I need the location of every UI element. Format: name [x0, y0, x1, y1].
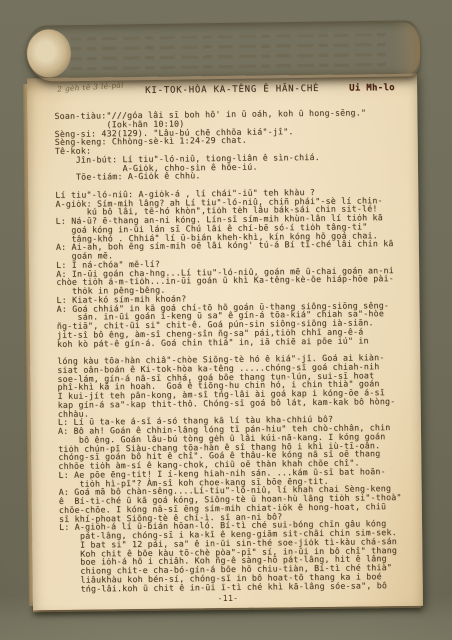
- typed-body: Soan-tiàu:"///góa lâi sī boh hō' in ū oá…: [54, 108, 414, 593]
- author-label: Ui Mh-lo: [349, 83, 395, 94]
- page-title: KI-TOK-HÒA KA-TÊNG Ê HĀN-CHÈ: [145, 84, 319, 96]
- roll-left-end: [27, 29, 72, 78]
- handwritten-date-note: 2 gėh tē 3 lé-pài: [57, 80, 124, 93]
- flipped-page-roll: [26, 20, 421, 81]
- roll-right-end: [394, 22, 421, 74]
- typed-manuscript-page: 2 gėh tē 3 lé-pài KI-TOK-HÒA KA-TÊNG Ê H…: [27, 74, 423, 610]
- photographed-notepad-scene: 2 gėh tē 3 lé-pài KI-TOK-HÒA KA-TÊNG Ê H…: [0, 0, 452, 640]
- ghost-text-through-paper: [70, 33, 386, 71]
